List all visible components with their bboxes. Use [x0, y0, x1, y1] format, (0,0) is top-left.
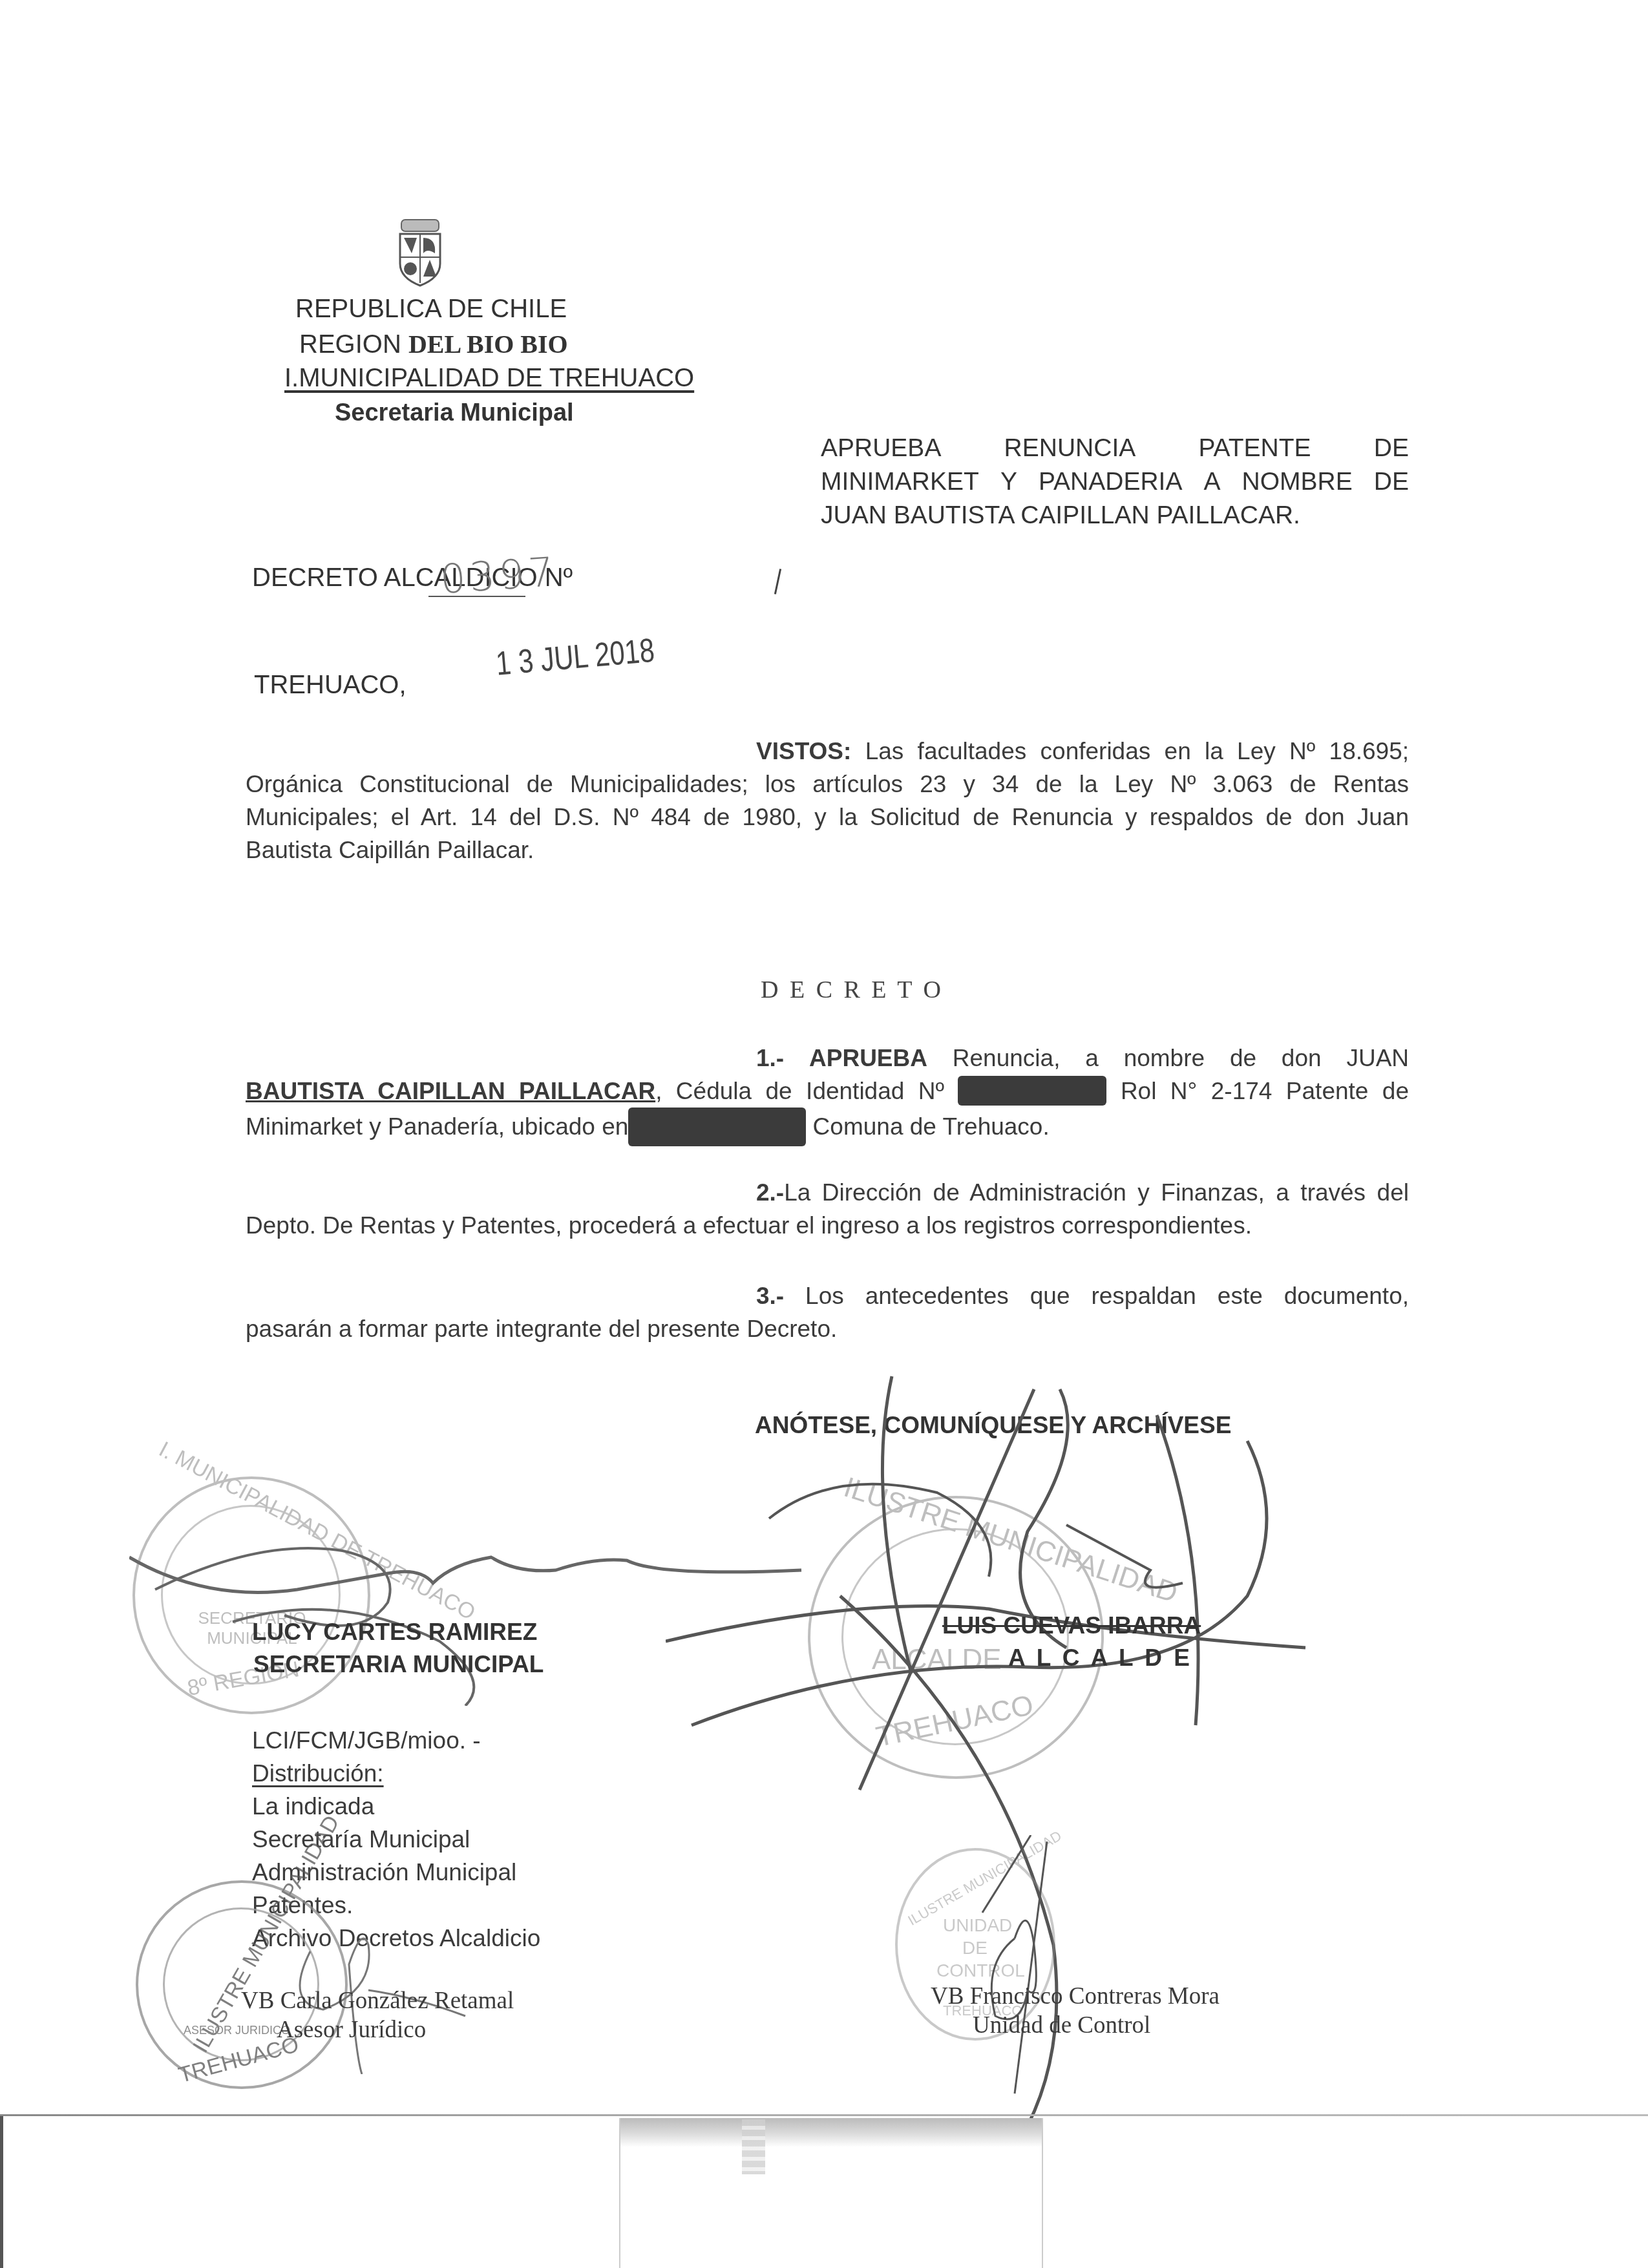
vistos-line: Bautista Caipillán Paillacar.: [246, 834, 1409, 866]
stamp-center-text: UNIDAD: [943, 1915, 1012, 1936]
decreto-heading: D E C R E T O: [761, 976, 944, 1004]
control-unit-vb: VB Francisco Contreras Mora: [931, 1982, 1220, 2010]
decree-item-3: 3.- Los antecedentes que respaldan este …: [246, 1279, 1409, 1345]
vistos-line: Municipales; el Art. 14 del D.S. Nº 484 …: [246, 801, 1409, 834]
distribution-recipient: La indicada: [252, 1790, 540, 1823]
redacted-address: [628, 1108, 806, 1146]
legal-advisor-vb: VB Carla González Retamal: [241, 1987, 514, 2015]
subject-word: Y: [1000, 465, 1017, 499]
letterhead: REPUBLICA DE CHILE REGION DEL BIO BIO I.…: [259, 213, 711, 426]
letterhead-municipality: I.MUNICIPALIDAD DE TREHUACO: [284, 365, 694, 391]
date-stamp: 1 3 JUL 2018: [494, 631, 656, 684]
subject-word: DE: [1374, 465, 1409, 499]
decree-number-handwritten: 0397: [439, 548, 559, 604]
stamp-center-text: ALCALDE: [872, 1644, 1002, 1676]
distribution-heading: Distribución:: [252, 1757, 540, 1790]
item-2-line: 2.-La Dirección de Administración y Fina…: [246, 1176, 1409, 1209]
decree-item-2: 2.-La Dirección de Administración y Fina…: [246, 1176, 1409, 1242]
item-number: 2.-: [756, 1179, 784, 1206]
item-1-text: Renuncia, a nombre de don JUAN: [953, 1045, 1409, 1071]
stamp-center-text: DE: [962, 1938, 988, 1958]
subject-line-3: JUAN BAUTISTA CAIPILLAN PAILLACAR.: [821, 499, 1409, 532]
place-label: TREHUACO,: [254, 671, 407, 700]
legal-advisor-title: Asesor Jurídico: [277, 2016, 426, 2044]
subject-word: APRUEBA: [821, 432, 941, 465]
vistos-label: VISTOS:: [756, 738, 851, 764]
stamp-center-text: CONTROL: [936, 1960, 1025, 1981]
scan-film-icon: [742, 2119, 765, 2174]
secretary-name: LUCY CARTES RAMIREZ: [252, 1619, 537, 1646]
item-2-text: La Dirección de Administración y Finanza…: [784, 1179, 1409, 1206]
vistos-line: Orgánica Constitucional de Municipalidad…: [246, 768, 1409, 801]
decree-subject: APRUEBA RENUNCIA PATENTE DE MINIMARKET Y…: [821, 432, 1409, 532]
item-1-line: Minimarket y Panadería, ubicado en Comun…: [246, 1108, 1409, 1146]
subject-word: MINIMARKET: [821, 465, 979, 499]
decree-item-1: 1.- APRUEBA Renuncia, a nombre de don JU…: [246, 1042, 1409, 1146]
municipal-crest-icon: [397, 218, 443, 288]
applicant-name: BAUTISTA CAIPILLAN PAILLACAR: [246, 1078, 655, 1104]
item-1-text: Comuna de Trehuaco.: [813, 1113, 1050, 1140]
item-number: 1.-: [756, 1045, 784, 1071]
secretary-stamp: I. MUNICIPALIDAD DE TREHUACO SECRETARIO …: [132, 1476, 370, 1714]
secretary-title: SECRETARIA MUNICIPAL: [253, 1651, 544, 1678]
subject-word: PATENTE: [1199, 432, 1311, 465]
scan-left-border: [0, 2116, 3, 2268]
vistos-line: VISTOS: Las facultades conferidas en la …: [246, 735, 1409, 768]
scan-page-edge: [0, 2114, 1648, 2116]
letterhead-region-word: REGION: [299, 330, 401, 359]
item-1-line: 1.- APRUEBA Renuncia, a nombre de don JU…: [246, 1042, 1409, 1075]
legal-advisor-stamp: ILUSTRE MUNICIPALIDAD ASESOR JURIDICO TR…: [136, 1880, 348, 2089]
distribution-recipient: Secretaría Municipal: [252, 1823, 540, 1856]
letterhead-country: REPUBLICA DE CHILE: [295, 296, 567, 322]
item-number: 3.-: [756, 1283, 784, 1309]
decree-number-slash: [774, 569, 781, 594]
item-3-line: pasarán a formar parte integrante del pr…: [246, 1312, 1409, 1345]
closing-formula: ANÓTESE, COMUNÍQUESE Y ARCHÍVESE: [755, 1412, 1231, 1439]
decree-number-field: 0397: [428, 551, 525, 597]
letterhead-region-name: DEL BIO BIO: [408, 330, 568, 359]
mayor-name: LUIS CUEVAS IBARRA: [942, 1612, 1201, 1639]
letterhead-department: Secretaria Municipal: [335, 401, 574, 425]
stamp-center-text: ASESOR JURIDICO: [184, 2024, 290, 2037]
subject-line-2: MINIMARKET Y PANADERIA A NOMBRE DE: [821, 465, 1409, 499]
control-unit-title: Unidad de Control: [973, 2011, 1150, 2039]
vistos-paragraph: VISTOS: Las facultades conferidas en la …: [246, 735, 1409, 866]
vistos-text: Las facultades conferidas en la Ley Nº 1…: [865, 738, 1409, 764]
item-1-text: , Cédula de Identidad Nº: [655, 1078, 944, 1104]
subject-word: A: [1204, 465, 1221, 499]
item-2-line: Depto. De Rentas y Patentes, procederá a…: [246, 1209, 1409, 1242]
subject-word: PANADERIA: [1039, 465, 1183, 499]
subject-word: DE: [1374, 432, 1409, 465]
subject-word: RENUNCIA: [1004, 432, 1136, 465]
item-1-line: BAUTISTA CAIPILLAN PAILLACAR, Cédula de …: [246, 1075, 1409, 1108]
item-3-text: Los antecedentes que respaldan este docu…: [805, 1283, 1409, 1309]
typist-initials: LCI/FCM/JGB/mioo. -: [252, 1724, 540, 1757]
mayor-title: A L C A L D E: [1008, 1644, 1192, 1672]
scan-center-slot: [619, 2118, 1043, 2268]
redacted-id-number: [958, 1076, 1106, 1106]
stamp-ring-text: ILUSTRE MUNICIPALIDAD: [905, 1827, 1065, 1929]
letterhead-region: REGION DEL BIO BIO: [299, 331, 568, 357]
subject-word: NOMBRE: [1242, 465, 1353, 499]
item-1-text: Minimarket y Panadería, ubicado en: [246, 1113, 628, 1140]
item-1-text: Rol N° 2-174 Patente de: [1121, 1078, 1409, 1104]
item-1-verb: APRUEBA: [809, 1045, 927, 1071]
item-3-line: 3.- Los antecedentes que respaldan este …: [246, 1279, 1409, 1312]
subject-line-1: APRUEBA RENUNCIA PATENTE DE: [821, 432, 1409, 465]
